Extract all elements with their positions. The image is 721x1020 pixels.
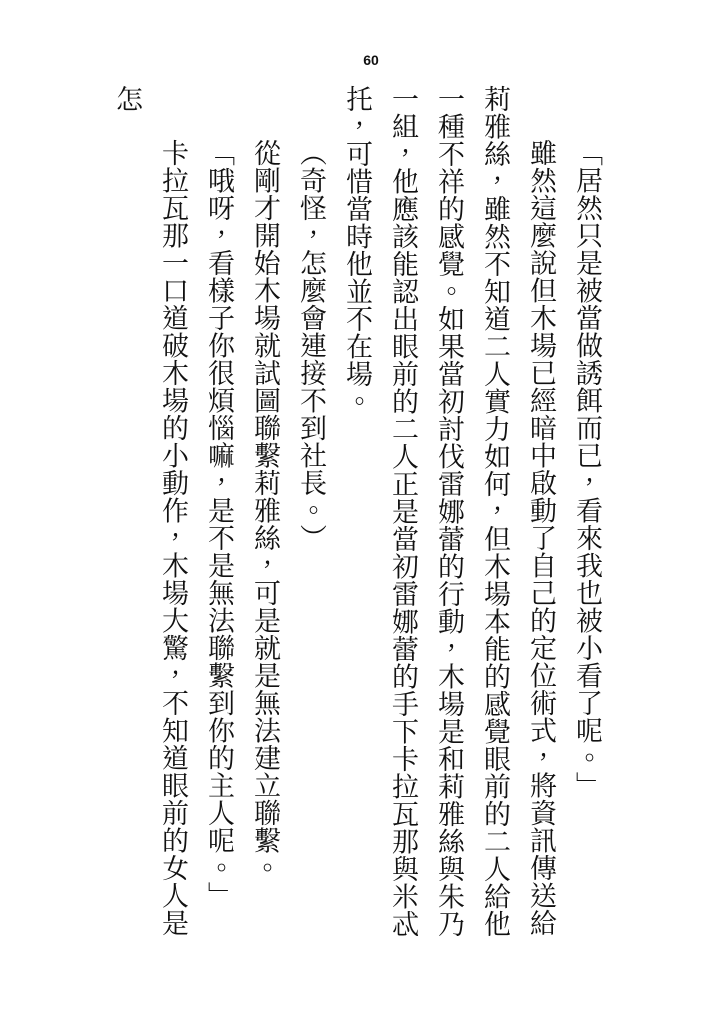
- paragraph-dialogue-bait: 「居然只是被當做誘餌而已，看來我也被小看了呢。」: [564, 85, 610, 951]
- page-number: 60: [341, 52, 401, 68]
- paragraph-narration-kiba-tracking: 雖然這麼說但木場已經暗中啟動了自己的定位術式，將資訊傳送給莉雅絲，雖然不知道二人…: [334, 85, 564, 951]
- paragraph-narration-contact-fail: 從剛才開始木場就試圖聯繫莉雅絲，可是就是無法建立聯繫。: [242, 85, 288, 951]
- book-page: 60 「居然只是被當做誘餌而已，看來我也被小看了呢。」 雖然這麼說但木場已經暗中…: [0, 0, 721, 1020]
- paragraph-dialogue-taunt: 「哦呀，看樣子你很煩惱嘛，是不是無法聯繫到你的主人呢。」: [196, 85, 242, 951]
- vertical-text-block: 「居然只是被當做誘餌而已，看來我也被小看了呢。」 雖然這麼說但木場已經暗中啟動了…: [104, 85, 610, 951]
- paragraph-narration-kiba-shock: 卡拉瓦那一口道破木場的小動作，木場大驚，不知道眼前的女人是怎: [104, 85, 196, 951]
- paragraph-inner-thought: （奇怪，怎麼會連接不到社長。）: [288, 85, 334, 951]
